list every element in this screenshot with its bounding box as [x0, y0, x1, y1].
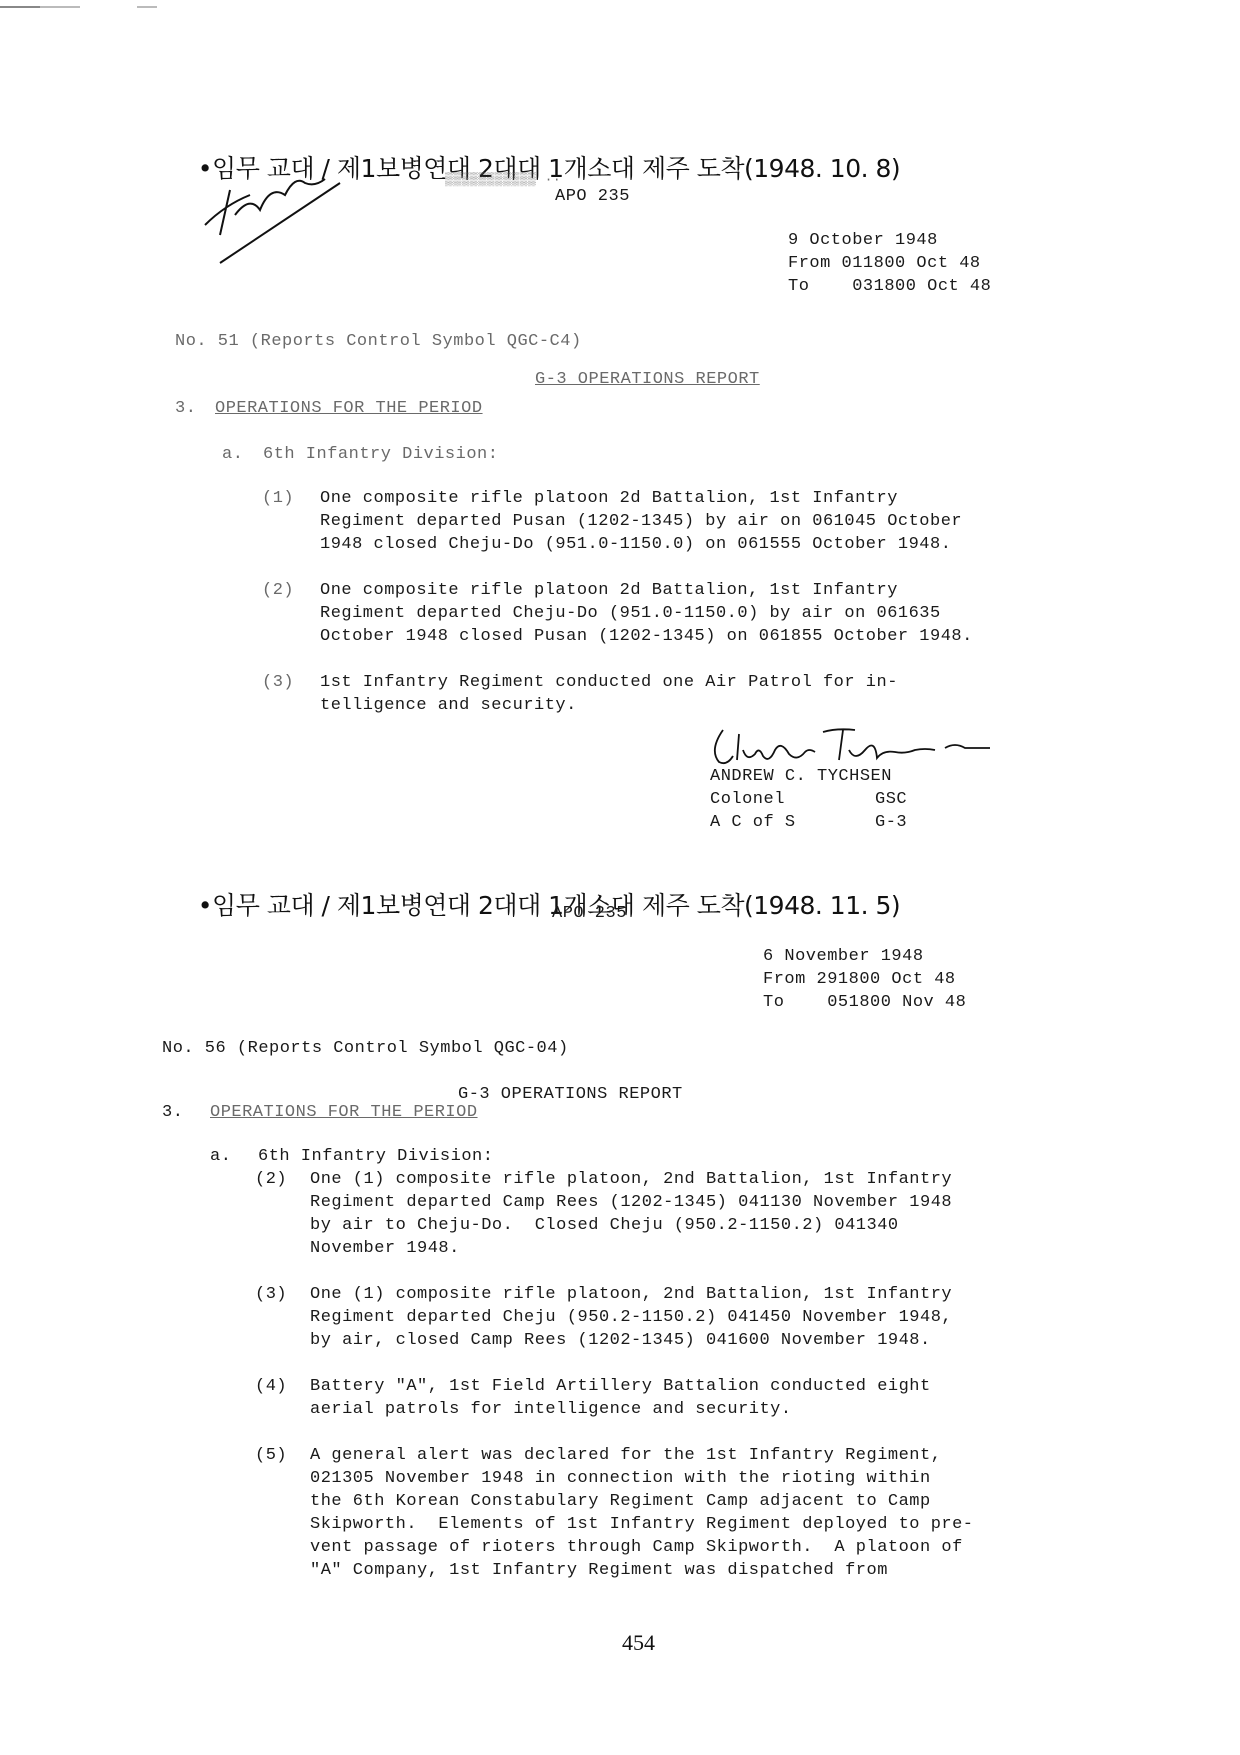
- section-1-section-title: OPERATIONS FOR THE PERIOD: [215, 397, 483, 420]
- item-number: (1): [262, 487, 294, 510]
- document-page: •임무 교대 / 제1보병연대 2대대 1개소대 제주 도착(1948. 10.…: [0, 0, 1240, 1755]
- item-line: One composite rifle platoon 2d Battalion…: [320, 579, 898, 602]
- item-line: Regiment departed Camp Rees (1202-1345) …: [310, 1191, 952, 1214]
- item-number: (5): [255, 1444, 287, 1467]
- signer-branch: GSC: [875, 788, 907, 811]
- item-line: One composite rifle platoon 2d Battalion…: [320, 487, 898, 510]
- item-line: 1st Infantry Regiment conducted one Air …: [320, 671, 898, 694]
- item-line: Regiment departed Cheju-Do (951.0-1150.0…: [320, 602, 941, 625]
- item-line: vent passage of rioters through Camp Ski…: [310, 1536, 963, 1559]
- section-2-date: 6 November 1948: [763, 945, 924, 968]
- section-2-section-label: 3.: [162, 1101, 183, 1124]
- item-line: One (1) composite rifle platoon, 2nd Bat…: [310, 1283, 952, 1306]
- item-line: by air to Cheju-Do. Closed Cheju (950.2-…: [310, 1214, 899, 1237]
- item-line: 1948 closed Cheju-Do (951.0-1150.0) on 0…: [320, 533, 951, 556]
- section-2-report-no: No. 56 (Reports Control Symbol QGC-04): [162, 1037, 569, 1060]
- section-1-apo: APO 235: [555, 185, 630, 208]
- section-2-sub-title: 6th Infantry Division:: [258, 1145, 493, 1168]
- stamp-artifact: ▒▒▒▒▒▒▒▒▒▒▒ ··: [445, 168, 561, 191]
- item-line: One (1) composite rifle platoon, 2nd Bat…: [310, 1168, 952, 1191]
- section-1-from: From 011800 Oct 48: [788, 252, 981, 275]
- signature-icon: [705, 720, 995, 770]
- section-1-report-no: No. 51 (Reports Control Symbol QGC-C4): [175, 330, 582, 353]
- section-1-section-label: 3.: [175, 397, 196, 420]
- scan-artifact-rule: [137, 6, 157, 8]
- section-2-apo: APO 235: [552, 902, 627, 925]
- item-line: by air, closed Camp Rees (1202-1345) 041…: [310, 1329, 931, 1352]
- section-2-from: From 291800 Oct 48: [763, 968, 956, 991]
- item-line: Battery "A", 1st Field Artillery Battali…: [310, 1375, 931, 1398]
- item-line: 021305 November 1948 in connection with …: [310, 1467, 931, 1490]
- section-2-sub-label: a.: [210, 1145, 231, 1168]
- item-line: November 1948.: [310, 1237, 460, 1260]
- signer-rank: Colonel: [710, 788, 785, 811]
- item-line: Regiment departed Pusan (1202-1345) by a…: [320, 510, 962, 533]
- item-line: the 6th Korean Constabulary Regiment Cam…: [310, 1490, 931, 1513]
- signer-title: A C of S: [710, 811, 796, 834]
- section-1-date: 9 October 1948: [788, 229, 938, 252]
- section-1-report-title: G-3 OPERATIONS REPORT: [535, 368, 760, 391]
- signer-name: ANDREW C. TYCHSEN: [710, 765, 892, 788]
- section-2-to: To 051800 Nov 48: [763, 991, 966, 1014]
- item-line: telligence and security.: [320, 694, 577, 717]
- section-2-heading: •임무 교대 / 제1보병연대 2대대 1개소대 제주 도착(1948. 11.…: [168, 857, 900, 951]
- page-number: 454: [622, 1630, 655, 1656]
- item-line: "A" Company, 1st Infantry Regiment was d…: [310, 1559, 888, 1582]
- scan-artifact-rule: [40, 6, 80, 8]
- section-1-sub-title: 6th Infantry Division:: [263, 443, 498, 466]
- item-line: October 1948 closed Pusan (1202-1345) on…: [320, 625, 973, 648]
- item-line: Skipworth. Elements of 1st Infantry Regi…: [310, 1513, 974, 1536]
- item-number: (4): [255, 1375, 287, 1398]
- item-number: (2): [255, 1168, 287, 1191]
- item-number: (3): [255, 1283, 287, 1306]
- item-line: Regiment departed Cheju (950.2-1150.2) 0…: [310, 1306, 952, 1329]
- section-2-report-title: G-3 OPERATIONS REPORT: [458, 1083, 683, 1106]
- bullet: •: [198, 891, 212, 920]
- item-line: aerial patrols for intelligence and secu…: [310, 1398, 792, 1421]
- signer-office: G-3: [875, 811, 907, 834]
- handwritten-initials-icon: [195, 165, 375, 265]
- section-2-section-title: OPERATIONS FOR THE PERIOD: [210, 1101, 478, 1124]
- item-number: (3): [262, 671, 294, 694]
- section-1-sub-label: a.: [222, 443, 243, 466]
- item-number: (2): [262, 579, 294, 602]
- item-line: A general alert was declared for the 1st…: [310, 1444, 941, 1467]
- section-1-to: To 031800 Oct 48: [788, 275, 991, 298]
